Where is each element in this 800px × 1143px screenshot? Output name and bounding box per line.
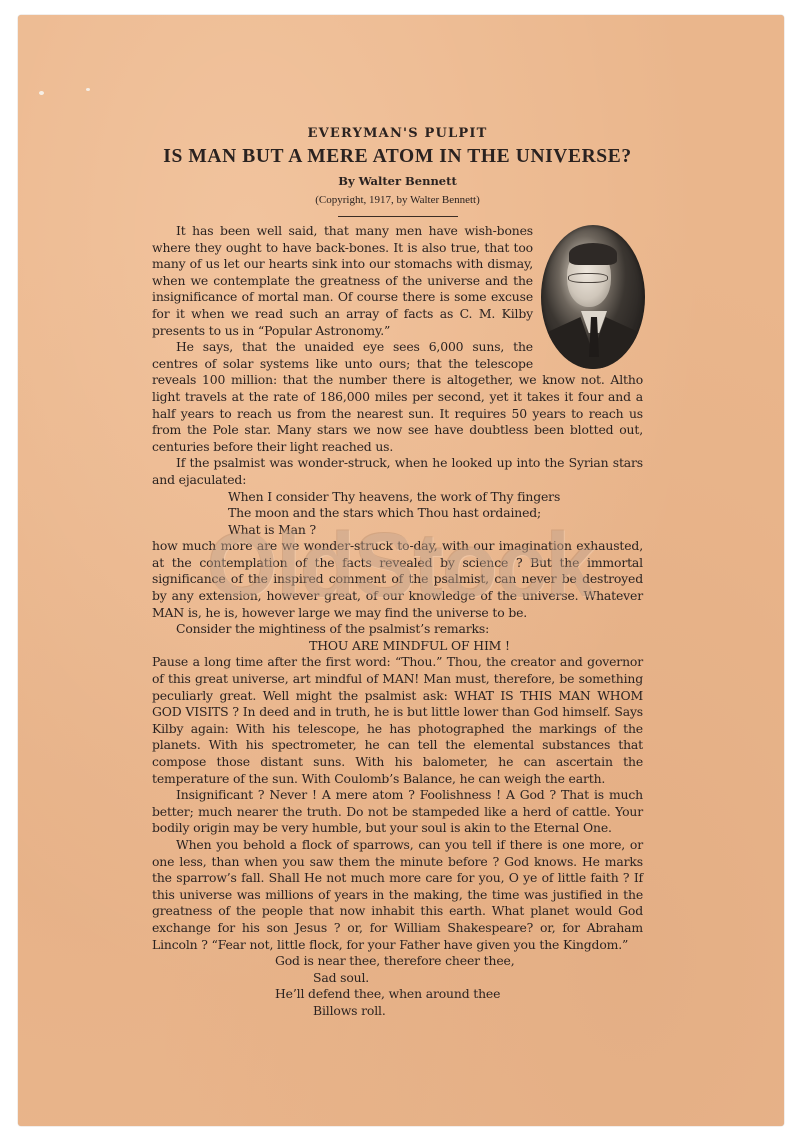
paragraph: When you behold a flock of sparrows, can… (152, 837, 643, 953)
poem-line: Billows roll. (275, 1003, 643, 1020)
paragraph: Insignificant ? Never ! A mere atom ? Fo… (152, 787, 643, 837)
closing-poem: God is near thee, therefore cheer thee, … (152, 953, 643, 1019)
psalm-line: What is Man ? (228, 522, 643, 539)
paper-speck (39, 91, 44, 95)
paragraph: how much more are we wonder-struck to-da… (152, 538, 643, 621)
copyright-notice: (Copyright, 1917, by Walter Bennett) (152, 193, 643, 208)
byline: By Walter Bennett (152, 173, 643, 190)
poem-line: Sad soul. (275, 970, 643, 987)
poem-line: He’ll defend thee, when around thee (275, 986, 643, 1003)
article: EVERYMAN'S PULPIT IS MAN BUT A MERE ATOM… (152, 125, 643, 1020)
paper-speck (86, 88, 90, 91)
author-portrait (541, 225, 645, 369)
portrait-hair (569, 243, 617, 265)
column-kicker: EVERYMAN'S PULPIT (152, 125, 643, 143)
psalm-quote: When I consider Thy heavens, the work of… (152, 489, 643, 539)
title-divider (338, 216, 458, 217)
paragraph: If the psalmist was wonder-struck, when … (152, 455, 643, 488)
poem-line: God is near thee, therefore cheer thee, (275, 953, 643, 970)
paragraph: Consider the mightiness of the psalmist’… (152, 621, 643, 638)
psalm-line: When I consider Thy heavens, the work of… (228, 489, 643, 506)
article-title: IS MAN BUT A MERE ATOM IN THE UNIVERSE? (142, 145, 653, 169)
paragraph: Pause a long time after the first word: … (152, 654, 643, 787)
emphasis-line: THOU ARE MINDFUL OF HIM ! (152, 638, 643, 655)
article-body: It has been well said, that many men hav… (152, 223, 643, 1020)
portrait-glasses (568, 273, 608, 283)
psalm-line: The moon and the stars which Thou hast o… (228, 505, 643, 522)
